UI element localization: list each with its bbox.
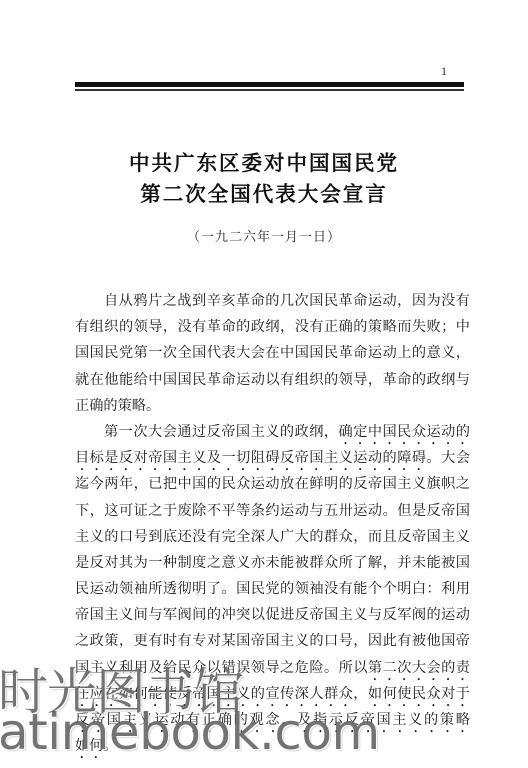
body-line: 主义的口号到底还没有完全深人广大的群众，而且反帝国主义 [75,524,470,550]
header-rule-thick [75,82,464,87]
body-line: 国国民党第一次全国代表大会在中国国民革命运动上的意义， [75,340,470,366]
body-line: 就在他能给中国国民革命运动以有组织的领导，革命的政纲与 [75,367,470,393]
body-line: 第一次大会通过反帝国主义的政纲，确定中国民众运动的 [75,419,470,445]
body-line: 自从鸦片之战到辛亥革命的几次国民革命运动，因为没有 [75,288,470,314]
header-rule-thin [75,89,464,91]
body-line: 帝国主义间与军阀间的冲突以促进反帝国主义与反军阀的运动 [75,602,470,628]
emphasized-text: 第二次大会的责 [368,660,470,676]
body-text-segment: 第一次大会通过反帝国主义的政纲， [104,424,339,440]
document-title-line-2: 第二次全国代表大会宣言 [0,177,528,207]
document-title-line-1: 中共广东区委对中国国民党 [0,146,528,176]
body-line: 是反对其为一种制度之意义亦未能被群众所了解，并未能被国 [75,550,470,576]
body-text-segment: 。大会 [427,450,470,466]
document-date: （一九二六年一月一日） [0,226,528,245]
page-number: 1 [441,64,447,79]
emphasized-text: 如何使民众对于 [368,686,470,702]
body-line: 迄今两年，已把中国的民众运动放在鲜明的反帝国主义旗帜之 [75,471,470,497]
watermark-url: atimebook.com [0,703,380,761]
body-line: 目标是反对帝国主义及一切阻碍反帝国主义运动的障碍。大会 [75,445,470,471]
body-line: 有组织的领导，没有革命的政纲，没有正确的策略而失败；中 [75,314,470,340]
emphasized-text: 确定中国民众运动的 [339,424,470,440]
body-text-segment: ， [353,686,368,702]
body-line: 之政策，更有时有专对某国帝国主义的口号，因此有被他国帝 [75,628,470,654]
body-line: 民运动领袖所透彻明了。国民党的领袖没有能个个明白：利用 [75,576,470,602]
body-line: 正确的策略。 [75,393,470,419]
emphasized-text: 目标是反对帝国主义及一切阻碍反帝国主义运动的障碍 [75,450,427,466]
body-line: 下，这可证之于废除不平等条约运动与五卅运动。但是反帝国 [75,498,470,524]
